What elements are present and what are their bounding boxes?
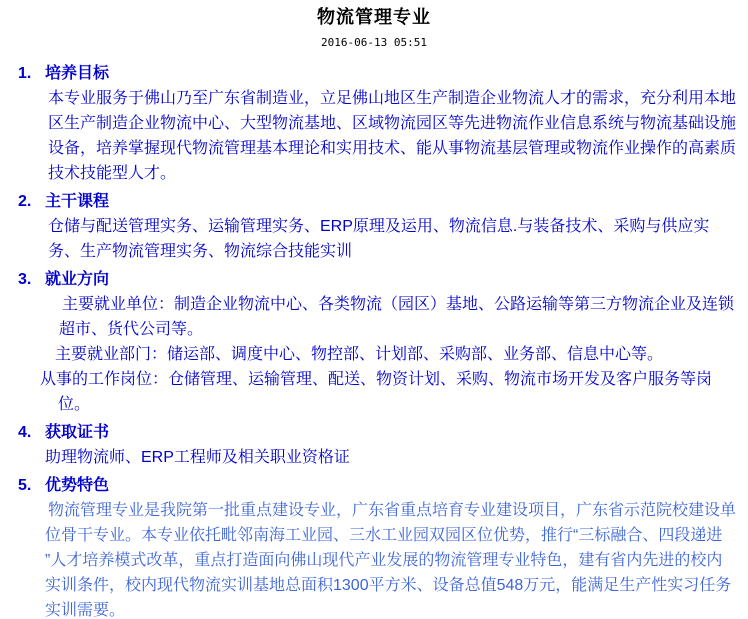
paragraph-main-courses: 仓储与配送管理实务、运输管理实务、ERP原理及运用、物流信息.与装备技术、采购与… [48,214,736,264]
section-title: 主干课程 [45,189,109,214]
section-heading-employment: 3. 就业方向 [0,267,748,292]
section-heading-advantages: 5. 优势特色 [0,473,748,498]
section-heading-training-goal: 1. 培养目标 [0,61,748,86]
paragraph-employment-positions: 从事的工作岗位：仓储管理、运输管理、配送、物资计划、采购、物流市场开发及客户服务… [58,367,734,417]
page-title: 物流管理专业 [0,5,748,29]
section-title: 获取证书 [45,420,109,445]
document-page: 物流管理专业 2016-06-13 05:51 1. 培养目标 本专业服务于佛山… [0,0,748,619]
section-heading-main-courses: 2. 主干课程 [0,189,748,214]
section-number: 5. [18,473,45,498]
section-number: 1. [18,61,45,86]
section-number: 4. [18,420,45,445]
section-heading-certificates: 4. 获取证书 [0,420,748,445]
paragraph-employment-departments: 主要就业部门：储运部、调度中心、物控部、计划部、采购部、业务部、信息中心等。 [55,342,736,367]
section-title: 就业方向 [45,267,109,292]
paragraph-advantages: 物流管理专业是我院第一批重点建设专业，广东省重点培育专业建设项目，广东省示范院校… [45,498,736,619]
publish-timestamp: 2016-06-13 05:51 [0,36,748,50]
section-number: 2. [18,189,45,214]
section-title: 优势特色 [45,473,109,498]
section-title: 培养目标 [45,61,109,86]
section-number: 3. [18,267,45,292]
paragraph-certificates: 助理物流师、ERP工程师及相关职业资格证 [45,445,736,470]
paragraph-training-goal: 本专业服务于佛山乃至广东省制造业，立足佛山地区生产制造企业物流人才的需求，充分利… [48,86,736,186]
paragraph-employment-units: 主要就业单位：制造企业物流中心、各类物流（园区）基地、公路运输等第三方物流企业及… [59,292,736,342]
